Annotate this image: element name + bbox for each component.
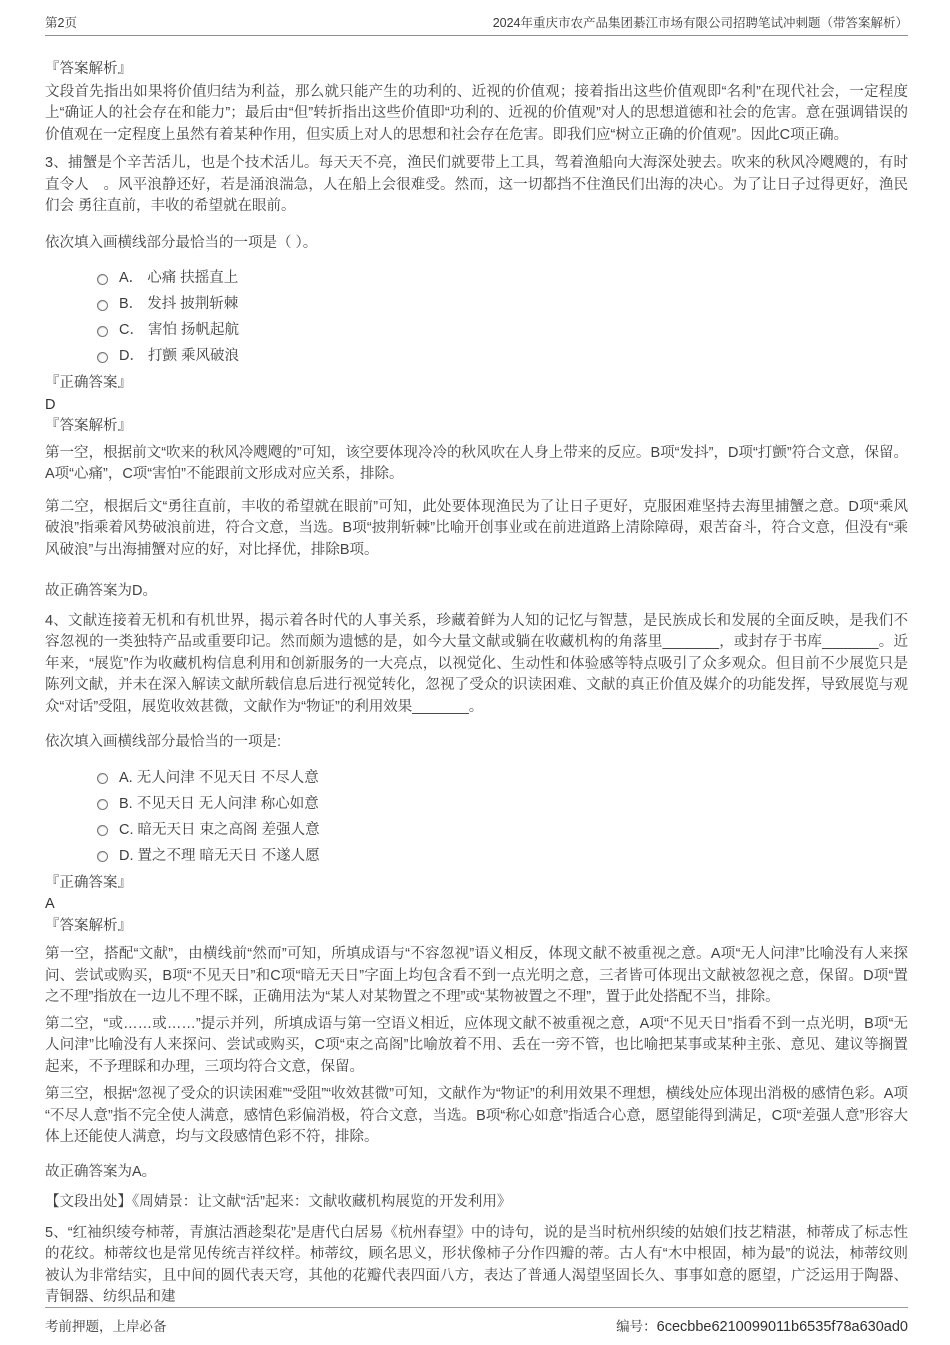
option-label: D． 打颤 乘风破浪 [119, 346, 239, 368]
option-label: D. 置之不理 暗无天日 不遂人愿 [119, 846, 320, 868]
option-row-d[interactable]: D. 置之不理 暗无天日 不遂人愿 [97, 844, 908, 870]
question-4-prompt: 依次填入画横线部分最恰当的一项是: [45, 732, 908, 754]
analysis-paragraph: 第一空，根据前文“吹来的秋风冷飕飕的”可知，该空要体现冷冷的秋风吹在人身上带来的… [45, 443, 908, 486]
question-3-stem: 3、捕蟹是个辛苦活儿，也是个技术活儿。每天天不亮，渔民们就要带上工具，驾着渔船向… [45, 153, 908, 218]
correct-answer-value: A [45, 894, 908, 916]
analysis-paragraph: 文段首先指出如果将价值归结为利益，那么就只能产生的功利的、近视的价值观；接着指出… [45, 82, 908, 147]
option-row-b[interactable]: B. 不见天日 无人问津 称心如意 [97, 792, 908, 818]
page-number: 第2页 [45, 13, 77, 31]
option-row-c[interactable]: C． 害怕 扬帆起航 [97, 318, 908, 344]
question-3-prompt: 依次填入画横线部分最恰当的一项是（ ）。 [45, 233, 908, 255]
source-reference: 【文段出处】《周婧景：让文献“活”起来：文献收藏机构展览的开发利用》 [45, 1192, 908, 1214]
correct-answer-value: D [45, 395, 908, 417]
option-label: B. 不见天日 无人问津 称心如意 [119, 794, 319, 816]
radio-button[interactable] [97, 352, 108, 363]
question-5-stem: 5、“红袖织绫夸柿蒂，青旗沽酒趁梨花”是唐代白居易《杭州春望》中的诗句，说的是当… [45, 1223, 908, 1309]
radio-button[interactable] [97, 825, 108, 836]
footer-document-id: 编号：6cecbbe6210099011b6535f78a630ad0 [616, 1315, 908, 1335]
analysis-paragraph: 第三空，根据“忽视了受众的识读困难”“受阻”“收效甚微”可知，文献作为“物证”的… [45, 1084, 908, 1149]
option-row-b[interactable]: B． 发抖 披荆斩棘 [97, 292, 908, 318]
radio-button[interactable] [97, 773, 108, 784]
correct-answer-heading: 『正确答案』 [45, 373, 908, 395]
option-row-a[interactable]: A． 心痛 扶摇直上 [97, 266, 908, 292]
page-content: 『答案解析』 文段首先指出如果将价值归结为利益，那么就只能产生的功利的、近视的价… [0, 59, 950, 1309]
analysis-heading: 『答案解析』 [45, 916, 908, 938]
page-footer: 考前押题，上岸必备 编号：6cecbbe6210099011b6535f78a6… [45, 1307, 908, 1335]
question-3-options: A． 心痛 扶摇直上 B． 发抖 披荆斩棘 C． 害怕 扬帆起航 D． 打颤 乘… [97, 266, 908, 370]
option-row-d[interactable]: D． 打颤 乘风破浪 [97, 344, 908, 370]
question-4-stem: 4、文献连接着无机和有机世界，揭示着各时代的人事关系，珍藏着鲜为人知的记忆与智慧… [45, 611, 908, 719]
document-page: 第2页 2024年重庆市农产品集团綦江市场有限公司招聘笔试冲刺题（带答案解析） … [0, 0, 950, 1345]
analysis-heading: 『答案解析』 [45, 59, 908, 81]
footer-slogan: 考前押题，上岸必备 [45, 1315, 167, 1335]
option-label: A. 无人问津 不见天日 不尽人意 [119, 768, 319, 790]
option-label: C． 害怕 扬帆起航 [119, 320, 239, 342]
analysis-paragraph: 第一空，搭配“文献”，由横线前“然而”可知，所填成语与“不容忽视”语义相反，体现… [45, 944, 908, 1009]
correct-answer-heading: 『正确答案』 [45, 873, 908, 895]
analysis-paragraph: 第二空，根据后文“勇往直前，丰收的希望就在眼前”可知，此处要体现渔民为了让日子更… [45, 497, 908, 562]
page-header: 第2页 2024年重庆市农产品集团綦江市场有限公司招聘笔试冲刺题（带答案解析） [45, 13, 908, 36]
analysis-conclusion: 故正确答案为A。 [45, 1162, 908, 1184]
footer-id-label: 编号： [616, 1319, 657, 1334]
option-label: B． 发抖 披荆斩棘 [119, 294, 238, 316]
analysis-conclusion: 故正确答案为D。 [45, 581, 908, 603]
radio-button[interactable] [97, 851, 108, 862]
analysis-paragraph: 第二空，“或……或……”提示并列，所填成语与第一空语义相近，应体现文献不被重视之… [45, 1014, 908, 1079]
option-label: C. 暗无天日 束之高阁 差强人意 [119, 820, 320, 842]
radio-button[interactable] [97, 300, 108, 311]
radio-button[interactable] [97, 326, 108, 337]
footer-id-value: 6cecbbe6210099011b6535f78a630ad0 [657, 1319, 908, 1335]
radio-button[interactable] [97, 799, 108, 810]
analysis-heading: 『答案解析』 [45, 416, 908, 438]
question-4-options: A. 无人问津 不见天日 不尽人意 B. 不见天日 无人问津 称心如意 C. 暗… [97, 766, 908, 870]
document-title: 2024年重庆市农产品集团綦江市场有限公司招聘笔试冲刺题（带答案解析） [493, 13, 908, 31]
option-row-a[interactable]: A. 无人问津 不见天日 不尽人意 [97, 766, 908, 792]
option-label: A． 心痛 扶摇直上 [119, 268, 238, 290]
option-row-c[interactable]: C. 暗无天日 束之高阁 差强人意 [97, 818, 908, 844]
radio-button[interactable] [97, 274, 108, 285]
